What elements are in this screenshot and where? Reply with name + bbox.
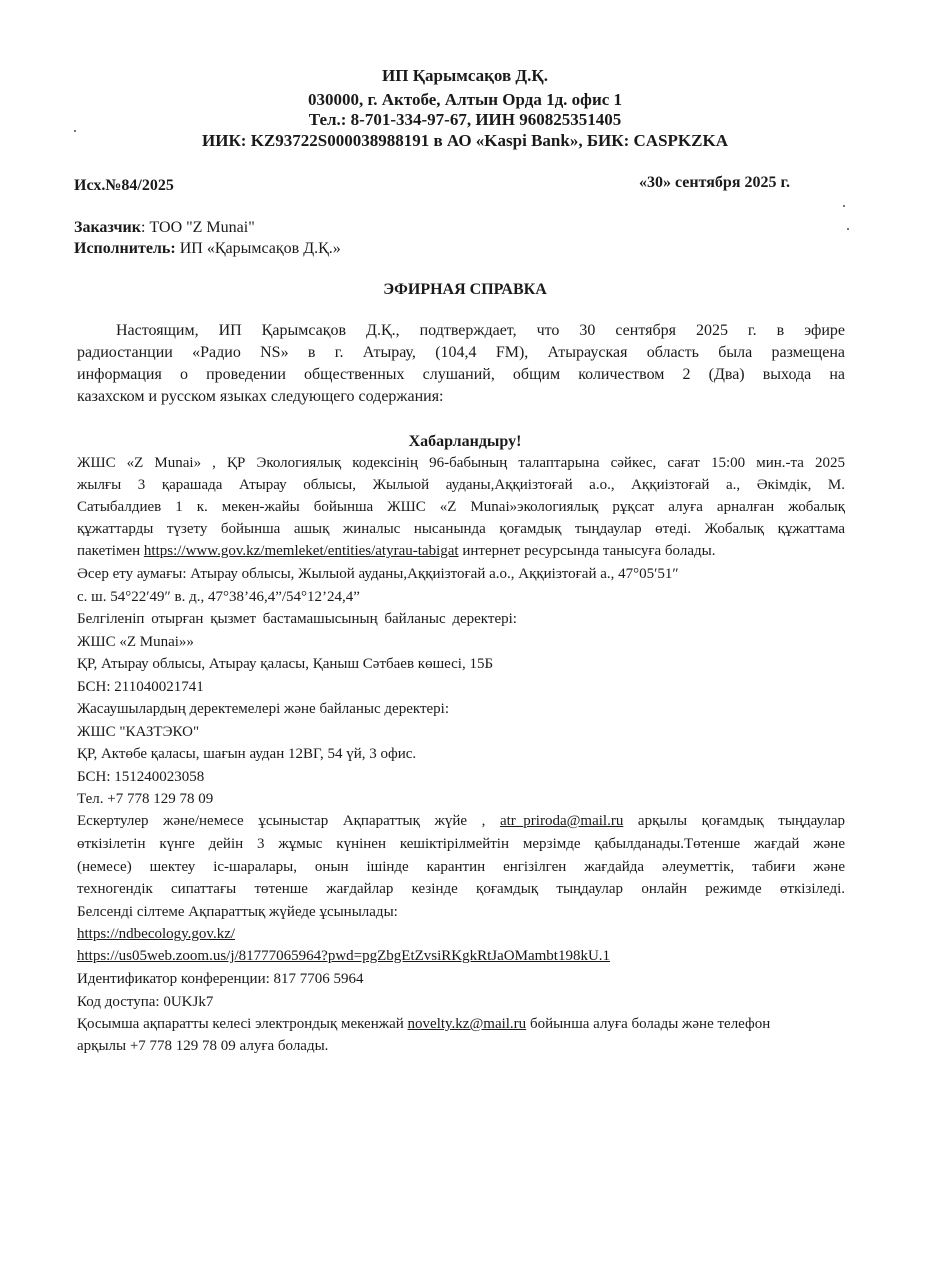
coordinates: с. ш. 54°22′49″ в. д., 47°38’46,4”/54°12… — [77, 589, 360, 606]
developer-address: ҚР, Актөбе қаласы, шағын аудан 12ВГ, 54 … — [77, 746, 416, 763]
announcement-line-3: Сатыбалдиев 1 к. мекен-жайы бойынша ЖШС … — [77, 499, 845, 516]
package-suffix: интернет ресурсында танысуға болады. — [459, 543, 716, 559]
executor-line: Исполнитель: ИП «Қарымсақов Д.Қ.» — [74, 240, 341, 258]
conference-id: Идентификатор конференции: 817 7706 5964 — [77, 971, 364, 988]
intro-line-2: радиостанции «Радио NS» в г. Атырау, (10… — [77, 344, 845, 362]
developer-bin: БСН: 151240023058 — [77, 769, 204, 786]
executor-label: Исполнитель: — [74, 240, 176, 257]
intro-line-4: казахском и русском языках следующего со… — [77, 388, 444, 406]
impact-area: Әсер ету аумағы: Атырау облысы, Жылыой а… — [77, 566, 679, 583]
extra-info-line-1: Қосымша ақпаратты келесі электрондық мек… — [77, 1016, 770, 1033]
extra-suffix: бойынша алуға болады және телефон — [526, 1016, 770, 1032]
remarks-line-3: (немесе) шектеу іс-шаралары, онын ішінде… — [77, 859, 845, 876]
letterhead-company: ИП Қарымсақов Д.Қ. — [0, 66, 930, 86]
developer-name: ЖШС "КАЗТЭКО" — [77, 724, 199, 741]
executor-value: ИП «Қарымсақов Д.Қ.» — [176, 240, 341, 257]
outgoing-number: Исх.№84/2025 — [74, 177, 174, 195]
remarks-line-4: техногендік сипаттағы төтенше жағдайлар … — [77, 881, 845, 898]
remarks-line-1: Ескертулер және/немесе ұсыныстар Ақпарат… — [77, 813, 845, 830]
remarks-line-2: өткізілетін күнге дейін 3 жұмыс күнінен … — [77, 836, 845, 853]
ndbecology-link[interactable]: https://ndbecology.gov.kz/ — [77, 926, 235, 942]
announcement-line-4: құжаттарды түзету бойынша ашық жиналыс н… — [77, 521, 845, 538]
scan-speck — [847, 228, 849, 230]
document-title: ЭФИРНАЯ СПРАВКА — [0, 281, 930, 299]
document-date: «30» сентября 2025 г. — [639, 174, 790, 192]
intro-line-1: Настоящим, ИП Қарымсақов Д.Қ., подтвержд… — [116, 322, 845, 340]
initiator-name: ЖШС «Z Munai»» — [77, 634, 194, 651]
developer-heading: Жасаушылардың деректемелері және байланы… — [77, 701, 449, 718]
remarks-suffix: арқылы қоғамдық тыңдаулар — [623, 813, 845, 829]
initiator-bin: БСН: 211040021741 — [77, 679, 204, 696]
initiator-address: ҚР, Атырау облысы, Атырау қаласы, Қаныш … — [77, 656, 493, 673]
scan-speck — [74, 130, 76, 132]
customer-value: : ТОО "Z Munai" — [141, 219, 255, 236]
letterhead-address: 030000, г. Актобе, Алтын Орда 1д. офис 1 — [0, 90, 930, 110]
intro-line-3: информация о проведении общественных слу… — [77, 366, 845, 384]
zoom-meeting-link[interactable]: https://us05web.zoom.us/j/81777065964?pw… — [77, 948, 610, 964]
scan-speck — [843, 205, 845, 207]
remarks-prefix: Ескертулер және/немесе ұсыныстар Ақпарат… — [77, 813, 500, 829]
announcement-line-1: ЖШС «Z Munai» , ҚР Экологиялық кодексіні… — [77, 455, 845, 472]
novelty-email-link[interactable]: novelty.kz@mail.ru — [408, 1016, 527, 1032]
developer-phone: Тел. +7 778 129 78 09 — [77, 791, 213, 808]
extra-info-line-2: арқылы +7 778 129 78 09 алуға болады. — [77, 1038, 328, 1055]
access-code: Код доступа: 0UKJk7 — [77, 994, 213, 1011]
customer-line: Заказчик: ТОО "Z Munai" — [74, 219, 255, 237]
announcement-line-2: жылғы 3 қарашада Атырау облысы, Жылыой а… — [77, 477, 845, 494]
announcement-line-5: пакетімен https://www.gov.kz/memleket/en… — [77, 543, 715, 560]
letterhead-contacts: Тел.: 8-701-334-97-67, ИИН 960825351405 — [0, 110, 930, 130]
atr-priroda-email-link[interactable]: atr_priroda@mail.ru — [500, 813, 623, 829]
announcement-heading: Хабарландыру! — [0, 433, 930, 451]
customer-label: Заказчик — [74, 219, 141, 236]
zoom-link-line: https://us05web.zoom.us/j/81777065964?pw… — [77, 948, 610, 965]
package-prefix: пакетімен — [77, 543, 144, 559]
initiator-heading: Белгіленіп отырған қызмет бастамашысының… — [77, 611, 517, 628]
letterhead-bank: ИИК: KZ93722S000038988191 в АО «Kaspi Ba… — [0, 131, 930, 151]
extra-prefix: Қосымша ақпаратты келесі электрондық мек… — [77, 1016, 408, 1032]
ndbecology-link-line: https://ndbecology.gov.kz/ — [77, 926, 235, 943]
gov-kz-link[interactable]: https://www.gov.kz/memleket/entities/aty… — [144, 543, 459, 559]
active-link-label: Белсенді сілтеме Ақпараттық жүйеде ұсыны… — [77, 904, 398, 921]
